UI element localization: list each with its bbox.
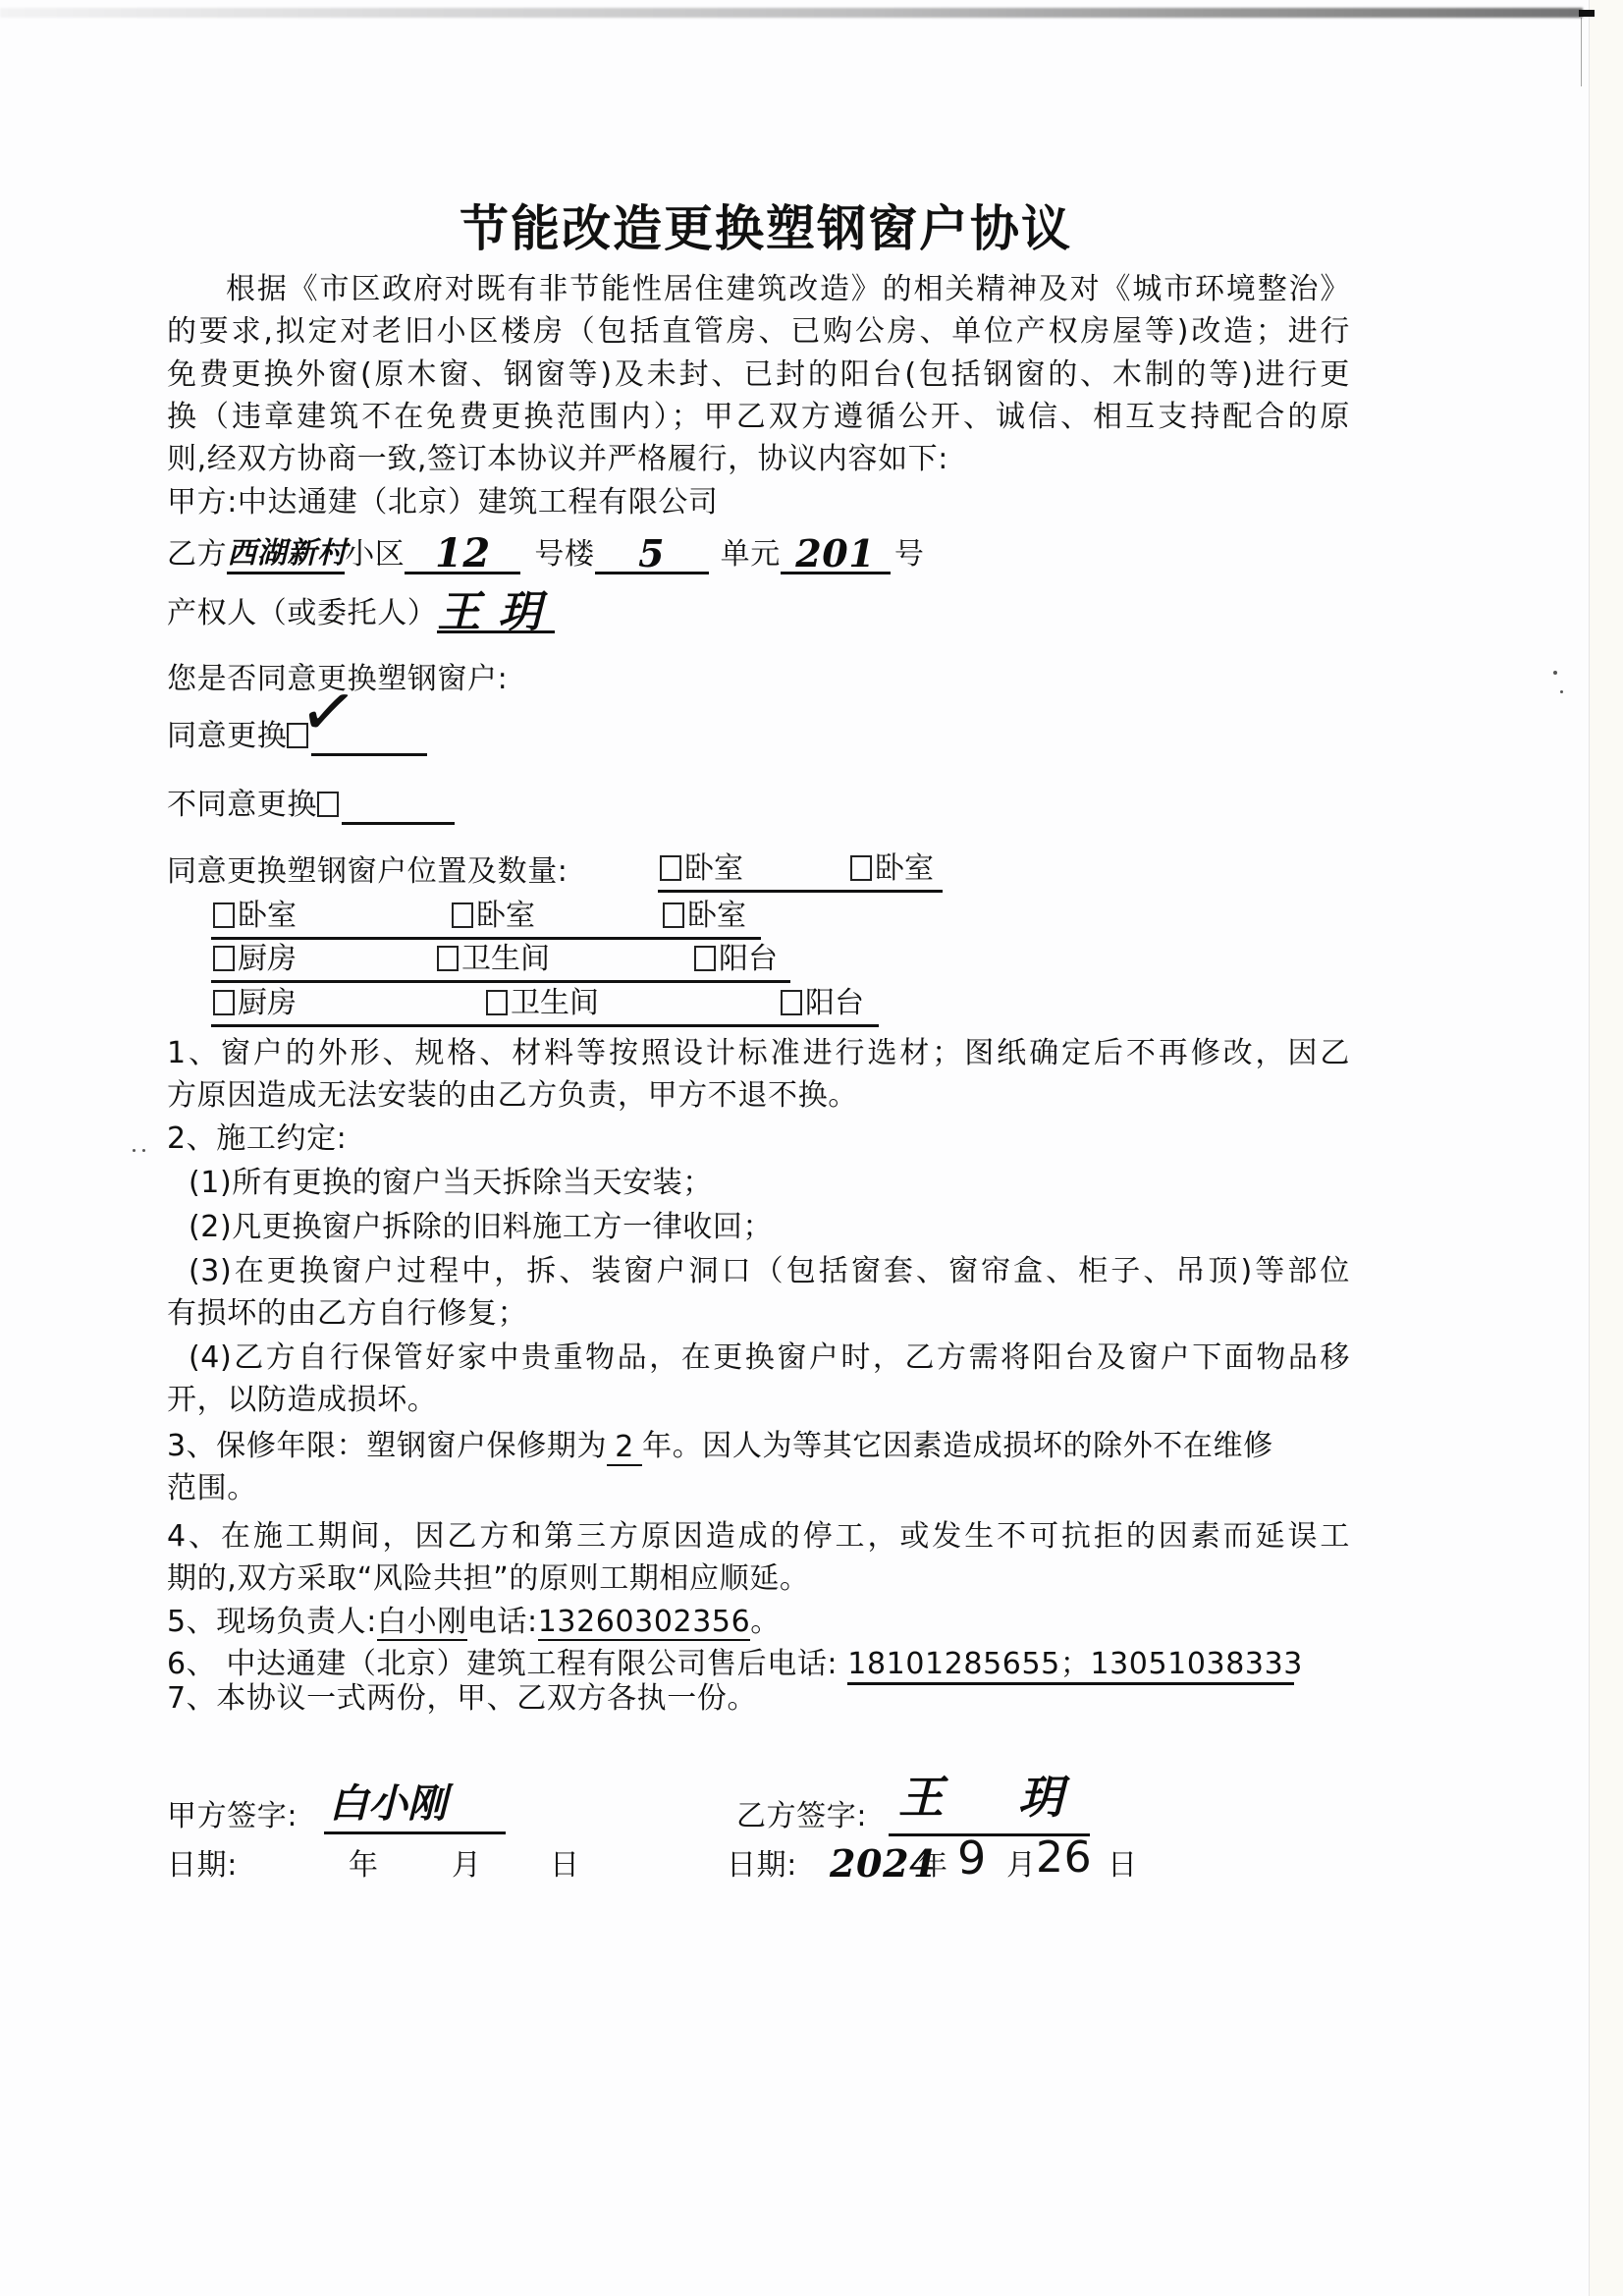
owner-line: 产权人（或委托人）王玥	[167, 594, 555, 633]
unit-suffix: 单元	[721, 537, 781, 572]
location-row-1: 卧室 卧室 卧室	[211, 898, 761, 940]
intro-line: 的要求,拟定对老旧小区楼房（包括直管房、已购公房、单位产权房屋等)改造；进行	[167, 312, 1350, 352]
site-manager-name: 白小刚	[377, 1605, 467, 1641]
agree-label: 同意更换	[167, 719, 287, 753]
term-2-3-cont: 有损坏的由乙方自行修复；	[167, 1294, 527, 1334]
location-checkbox[interactable]	[213, 902, 235, 928]
party-b-signature[interactable]: 王 玥	[898, 1773, 1093, 1822]
disagree-option: 不同意更换	[167, 786, 455, 825]
party-b-label: 乙方	[167, 537, 227, 572]
party-a-label: 甲方:	[167, 485, 238, 519]
intro-line: 根据《市区政府对既有非节能性居住建筑改造》的相关精神及对《城市环境整治》	[167, 270, 1350, 309]
check-mark-icon: ✓	[295, 674, 361, 749]
location-option[interactable]: 卧室	[663, 898, 746, 935]
location-checkbox[interactable]	[452, 902, 473, 928]
party-b-year-char: 年	[918, 1846, 948, 1886]
location-option[interactable]: 卫生间	[486, 985, 599, 1022]
party-a-line: 甲方:中达通建（北京）建筑工程有限公司	[167, 483, 719, 522]
party-a-month-char: 月	[452, 1846, 482, 1886]
location-option[interactable]: 厨房	[213, 985, 297, 1022]
location-option[interactable]: 卧室	[452, 898, 535, 935]
scan-artifact	[1579, 10, 1595, 17]
location-option[interactable]: 阳台	[694, 941, 778, 978]
location-option[interactable]: 厨房	[213, 941, 297, 978]
building-suffix: 号楼	[534, 537, 594, 572]
room-field[interactable]: 201	[781, 536, 891, 574]
intro-line: 免费更换外窗(原木窗、钢窗等)及未封、已封的阳台(包括钢窗的、木制的等)进行更	[167, 355, 1350, 395]
term-2-4-cont: 开，以防造成损坏。	[167, 1381, 437, 1420]
term-5: 5、现场负责人:白小刚电话:13260302356。	[167, 1603, 781, 1642]
owner-label: 产权人（或委托人）	[167, 596, 437, 630]
location-checkbox[interactable]	[486, 990, 508, 1015]
party-a-signature-label: 甲方签字:	[167, 1797, 298, 1836]
term-2-4: (4)乙方自行保管好家中贵重物品，在更换窗户时，乙方需将阳台及窗户下面物品移	[189, 1339, 1350, 1378]
scan-margin	[1589, 0, 1623, 2296]
unit-field[interactable]: 5	[595, 536, 709, 574]
warranty-years-field[interactable]: 2	[607, 1431, 642, 1466]
term-2-1: (1)所有更换的窗户当天拆除当天安装；	[189, 1164, 713, 1203]
disagree-label: 不同意更换	[167, 788, 317, 822]
scan-speck	[1553, 671, 1557, 675]
term-2-3: (3)在更换窗户过程中，拆、装窗户洞口（包括窗套、窗帘盒、柜子、吊顶)等部位	[189, 1252, 1350, 1291]
location-option[interactable]: 阳台	[781, 985, 864, 1022]
scan-speck	[133, 1149, 135, 1152]
scan-speck	[1560, 690, 1563, 693]
location-row-3: 厨房 卫生间 阳台	[211, 985, 879, 1027]
building-field[interactable]: 12	[405, 536, 520, 574]
location-checkbox[interactable]	[850, 855, 872, 881]
location-checkbox[interactable]	[437, 946, 459, 971]
party-b-month[interactable]: 9	[957, 1838, 987, 1878]
term-2: 2、施工约定:	[167, 1120, 347, 1159]
intro-line: 换（违章建筑不在免费更换范围内）；甲乙双方遵循公开、诚信、相互支持配合的原	[167, 398, 1350, 437]
location-option[interactable]: 卧室	[660, 850, 743, 888]
location-row-2: 厨房 卫生间 阳台	[211, 941, 790, 983]
party-a-year-char: 年	[349, 1846, 379, 1886]
scan-speck	[142, 1149, 145, 1152]
disagree-underline	[342, 822, 455, 825]
term-1: 1、窗户的外形、规格、材料等按照设计标准进行选材；图纸确定后不再修改，因乙	[167, 1034, 1350, 1073]
term-3-cont: 范围。	[167, 1469, 257, 1508]
party-a-name: 中达通建（北京）建筑工程有限公司	[238, 485, 719, 519]
party-a-signature-line	[324, 1831, 506, 1834]
party-b-line: 乙方西湖新村小区12号楼5单元201号	[167, 535, 924, 574]
party-b-signature-label: 乙方签字:	[736, 1797, 867, 1836]
party-b-date-label: 日期:	[727, 1846, 797, 1886]
location-checkbox[interactable]	[660, 855, 681, 881]
location-checkbox[interactable]	[663, 902, 684, 928]
community-suffix: 小区	[345, 537, 405, 572]
document-title: 节能改造更换塑钢窗户协议	[0, 199, 1532, 258]
after-sales-phones: 18101285655；13051038333	[847, 1647, 1294, 1685]
location-option[interactable]: 卧室	[850, 850, 934, 888]
location-row-0: 卧室 卧室	[658, 850, 943, 893]
term-4: 4、在施工期间，因乙方和第三方原因造成的停工，或发生不可抗拒的因素而延误工	[167, 1517, 1350, 1557]
party-a-date-label: 日期:	[167, 1846, 238, 1886]
location-checkbox[interactable]	[694, 946, 716, 971]
location-checkbox[interactable]	[213, 946, 235, 971]
intro-line: 则,经双方协商一致,签订本协议并严格履行，协议内容如下:	[167, 440, 948, 479]
room-suffix: 号	[894, 537, 925, 572]
party-a-signature[interactable]: 白小刚	[329, 1779, 447, 1829]
locations-label: 同意更换塑钢窗户位置及数量:	[167, 852, 568, 892]
scan-shadow-top	[0, 8, 1583, 18]
scan-artifact	[1581, 18, 1582, 86]
agree-underline	[311, 753, 427, 756]
term-3: 3、保修年限：塑钢窗户保修期为2年。因人为等其它因素造成损坏的除外不在维修	[167, 1427, 1273, 1466]
community-field[interactable]: 西湖新村	[227, 536, 345, 574]
term-2-2: (2)凡更换窗户拆除的旧料施工方一律收回；	[189, 1208, 773, 1247]
location-option[interactable]: 卫生间	[437, 941, 550, 978]
disagree-checkbox[interactable]	[317, 792, 339, 817]
term-7: 7、本协议一式两份，甲、乙双方各执一份。	[167, 1679, 757, 1719]
location-checkbox[interactable]	[781, 990, 802, 1015]
party-b-month-char: 月	[1006, 1846, 1037, 1886]
party-b-day[interactable]: 26	[1036, 1838, 1092, 1878]
owner-name-field[interactable]: 王玥	[437, 595, 555, 633]
term-1-cont: 方原因造成无法安装的由乙方负责，甲方不退不换。	[167, 1076, 858, 1116]
location-option[interactable]: 卧室	[213, 898, 297, 935]
party-b-day-char: 日	[1108, 1846, 1138, 1886]
party-a-day-char: 日	[550, 1846, 580, 1886]
term-4-cont: 期的,双方采取“风险共担”的原则工期相应顺延。	[167, 1559, 809, 1599]
location-checkbox[interactable]	[213, 990, 235, 1015]
site-manager-phone: 13260302356	[538, 1605, 751, 1641]
